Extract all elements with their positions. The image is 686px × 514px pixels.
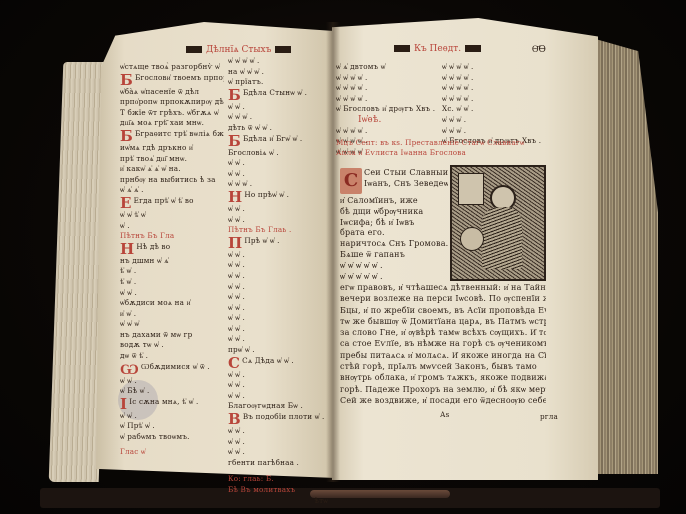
ornament-icon: [275, 46, 291, 53]
catchword: ѣтѡ: [228, 496, 328, 507]
text-line: ѡ҆ ѡ҆ .: [228, 271, 328, 282]
text-line: ѡ҆ ѡ҆ ѡ҆ ѡ҆ .: [442, 62, 546, 73]
text-line: Ѡбѫдимися ѡ҆ ѿ .: [141, 362, 210, 371]
text-line: бѣ дщи ѡ҆брѹчника: [340, 207, 448, 218]
text-line: ѡ҆ ѡ҆ .: [228, 313, 328, 324]
text-line: ѡ҆ ѡ҆ .: [228, 380, 328, 391]
text-line: ѡ҆ ѡ҆ .: [120, 288, 224, 299]
text-line: ѡ҆ ѡ҆ ѡ҆ ѡ҆ .: [442, 83, 546, 94]
decorated-initial: С: [340, 168, 362, 194]
text-line: ѡ҆ ѡ҆ ѡ҆ .: [442, 115, 546, 126]
text-line: ѡ҆ ѡ҆ ѡ҆ .: [228, 112, 328, 123]
text-line: дѣть ѿ ѡ҆ ѡ҆ .: [228, 123, 328, 134]
right-page-column-2: ѡ҆ ѡ҆ ѡ҆ ѡ҆ . ѡ҆ ѡ҆ ѡ҆ ѡ҆ . ѡ҆ ѡ҆ ѡ҆ ѡ҆ …: [442, 62, 546, 147]
text-line: Сей же воздвиже, и҆ посади его ѿдесноѹю …: [340, 395, 546, 406]
rubric-line: Бѣ Въ молитвахъ: [228, 485, 328, 496]
text-line: Бгослови҆ твоемъ прпорѡки: [135, 73, 224, 82]
text-line: ѡ҆ ѡ҆ .: [228, 447, 328, 458]
left-running-head: Дѣлнїѧ Стыхъ: [182, 44, 295, 55]
text-line: Іѡанъ, Снъ Зеведеѡвъ: [364, 179, 448, 190]
text-line: прѡ҆ ѡ҆ .: [228, 345, 328, 356]
signature-mark: Аѕ: [440, 410, 450, 421]
text-line: ѡ҆ ѡ҆ ѡ҆ ѡ҆ .: [336, 83, 438, 94]
text-line: ѡ҆бѫдиси моѧ на и҆: [120, 298, 224, 309]
text-line: ѡ҆ ѡ҆ .: [228, 204, 328, 215]
text-line: иѡ҆мѧ гдѣ дръкно и҆: [120, 143, 224, 154]
text-line: ѡ҆ ѡ҆ ѡ҆ ѡ҆ .: [228, 56, 328, 67]
text-line: Благоѹгѡдная Бѡ .: [228, 401, 328, 412]
text-line: Іѡсифа; бѣ и҆ Іѡвъ: [340, 218, 448, 229]
rubric-line: Глас ѡ҆: [120, 447, 224, 458]
text-line: ѡ҆ ѡ҆ .: [228, 292, 328, 303]
text-line: ѡ҆ ѡ҆ .: [228, 282, 328, 293]
text-line: ѡ҆ ѡ҆ .: [120, 411, 224, 422]
text-line: Но прѣѡ҆ ѡ҆ .: [244, 190, 289, 199]
ornament-icon: [465, 45, 481, 52]
text-line: дѡ ѿ ѣ҆ .: [120, 351, 224, 362]
text-line: ѡ҆ ѡ҆ .: [228, 324, 328, 335]
text-line: ѡ҆ ѡ҆ ѡ҆ ѡ҆ .: [442, 73, 546, 84]
text-line: Хс. ѡ҆ ѡ҆ .: [442, 104, 546, 115]
text-line: ѡ҆ ѡ҆ ѡ҆ ѡ҆ ѡ҆ .: [340, 261, 448, 272]
text-line: нъ дахами ѿ мѡ гр: [120, 330, 224, 341]
text-line: ѡ҆ ѡ҆ .: [120, 376, 224, 387]
text-line: ѡ҆ ѡ҆ .: [228, 426, 328, 437]
text-line: ѡ҆ Бѣ ѡ҆ .: [120, 386, 224, 397]
left-page-column-1: ѡ҆стѧще твоѧ̀ разгорбнѵ̀ ѡ҆ ББгослови҆ т…: [120, 62, 224, 457]
text-line: и҆ Саломїинъ, иже: [340, 196, 448, 207]
eagle-symbol: [460, 227, 484, 251]
book-clasp: [310, 490, 450, 498]
text-line: ѡ҆ ѡ҆ .: [228, 215, 328, 226]
photo-background: Дѣлнїѧ Стыхъ ѡ҆стѧще твоѧ̀ разгорбнѵ̀ ѡ҆…: [0, 0, 686, 514]
text-line: Іс сѫна мнѧ, ѣ҆ ѡ҆ .: [129, 397, 198, 406]
text-line: ѡ҆ ѡ҆ ѡ҆ ѡ҆ .: [336, 73, 438, 84]
text-line: прнбѹ на выбитись ѣ за: [120, 175, 224, 186]
text-line: ѡ҆ Бгословъ и҆ дрѹгъ Хвъ .: [336, 104, 438, 115]
text-line: ѡ҆ ѡ҆ ѡ҆ .: [442, 126, 546, 137]
text-line: тѡ же бывшѹ ѿ Домитїана царѧ, въ Патмъ ѡ…: [340, 316, 546, 327]
right-page-edges: [592, 38, 658, 474]
text-line: гбенти пагѣбнаа .: [228, 458, 328, 469]
text-line: на ѡ҆ ѡ҆ ѡ҆ .: [228, 67, 328, 78]
window-detail: [458, 173, 484, 205]
text-line: ѡ҆ ѡ҆ ѡ҆ ѡ҆ ѡ҆ .: [340, 272, 448, 283]
book-stand: [40, 488, 660, 508]
text-line: наричтосѧ Снъ Громова.: [340, 239, 448, 250]
text-line: вечери возлеже на перси Іѡсовѣ. По ѹспен…: [340, 293, 546, 304]
evangelist-woodcut-illustration: [450, 165, 546, 281]
text-line: стѣй горѣ, прїѧлъ мѡѵсей Законъ, бывъ та…: [340, 361, 546, 372]
text-line: ѡ҆ ѡ҆ .: [228, 102, 328, 113]
text-line: ѡ҆ ѡ҆ .: [228, 303, 328, 314]
text-line: водѫ тѡ ѡ҆ .: [120, 340, 224, 351]
text-line: ѡ҆ ѧ҆ ѧ҆ .: [120, 185, 224, 196]
text-line: ѡ҆ ѡ҆ ѣ҆ ѡ҆: [120, 210, 224, 221]
text-line: Бдѣла Стынѡ ѡ҆ .: [243, 88, 307, 97]
text-line: ѡ҆стѧще твоѧ̀ разгорбнѵ̀ ѡ҆: [120, 62, 224, 73]
main-text-narrow: Сеи Стыи Славныи Апла Хвъ, и҆ Еѵлиста Іѡ…: [364, 168, 448, 189]
left-page-column-2: ѡ҆ ѡ҆ ѡ҆ ѡ҆ . на ѡ҆ ѡ҆ ѡ҆ . ѡ҆ прїатъ. Б…: [228, 56, 328, 506]
text-line: ѡ҆ ѡ҆ ѡ҆ ѡ҆ .: [336, 94, 438, 105]
rubric-line: Пѣтнъ Бъ Глаь .: [228, 225, 328, 236]
text-line: ѣ҆ ѡ҆ .: [120, 277, 224, 288]
text-line: Прѣ ѡ҆ ѡ҆ .: [244, 236, 279, 245]
text-line: ѡ҆ ѡ҆ ѡ҆ ѡ҆ .: [336, 126, 438, 137]
folio-number: Ѳ҃Ѳ: [532, 44, 546, 55]
rubric-line: Ко: глаь: Б.: [228, 474, 328, 485]
text-line: ѡ҆ ѡ҆ ѡ҆ ѡ҆ .: [442, 94, 546, 105]
main-text-full: егѡ правовъ, и҆ чтѣашесѧ дѣтвенный: и҆ н…: [340, 282, 546, 406]
text-line: ѡ҆ ѡ҆ .: [228, 169, 328, 180]
text-line: дш҄ѧ моѧ грѣ҄ хаи мнѡ.: [120, 118, 224, 129]
text-line: за слово Гне, и҆ ѹвѣрѣ тамѡ всѣхъ сѹщихъ…: [340, 327, 546, 338]
text-line: нъ дшмн ѡ҆ ѧ҆: [120, 256, 224, 267]
ornament-icon: [394, 45, 410, 52]
text-line: и҆ какѡ҆ ѧ҆ ѧ҆ ѡ҆ на.: [120, 164, 224, 175]
text-line: Бгословіѧ ѡ҆ .: [228, 148, 328, 159]
text-line: ѣ҆ ѡ҆ .: [120, 266, 224, 277]
text-line: ѡ҆ ѧ҆ двтомъ ѡ҆: [336, 62, 438, 73]
text-line: горѣ. Падеже Прохоръ на землю, и҆ бѣ якѡ…: [340, 384, 546, 395]
text-line: брата его.: [340, 228, 448, 239]
text-line: са стое Еѵлїе, въ нѣмже на горѣ съ ѹчени…: [340, 338, 546, 349]
text-line: ѡ҆ ѡ҆ .: [228, 370, 328, 381]
text-line: Сѧ Дѣда ѡ҆ ѡ҆ .: [242, 356, 294, 365]
text-line: ѡ҆ прїатъ.: [228, 77, 328, 88]
text-line: ѡ҆ба̀ѧ ѡ҆пасенїе ѿ дѣл: [120, 87, 224, 98]
text-line: Бцы, и҆ по жребїи своемъ, въ Асїи пропов…: [340, 305, 546, 316]
text-line: ѡ҆ ѡ҆ .: [228, 158, 328, 169]
text-line: ѡ҆ Прѣ҆ ѡ҆ .: [120, 421, 224, 432]
ornament-icon: [186, 46, 202, 53]
main-text-beside-woodcut: и҆ Саломїинъ, иже бѣ дщи ѡ҆брѹчника Іѡси…: [340, 196, 448, 282]
text-line: внѹтрь облака, и҆ громъ тѧжкъ, якоже под…: [340, 372, 546, 383]
text-line: пребы питаѧсѧ и҆ молѧсѧ. И҆ якоже иногда…: [340, 350, 546, 361]
text-line: ѡ҆ ѡ҆ .: [228, 437, 328, 448]
text-line: и҆ ѡ҆ .: [120, 309, 224, 320]
text-line: Въ подобїи плоти ѡ҆ .: [243, 412, 325, 421]
text-line: Сеи Стыи Славныи Апла Хвъ, и҆ Еѵлиста: [364, 168, 448, 179]
text-line: Бѧше ѿ гапанъ: [340, 250, 448, 261]
text-line: Нѣ дѣ во: [136, 242, 170, 251]
catchword: ргла: [540, 412, 558, 423]
text-line: прпо҆ропѡ прпокѫпирѹ дѣѧ.: [120, 97, 224, 108]
text-line: ѡ҆ ѡ҆ ѡ҆: [120, 319, 224, 330]
text-line: Т бжїе ѿт грѣхъ. ѡ҆бгѫѧ ѡ҆: [120, 108, 224, 119]
text-line: прѣ҆ твоѧ҆ дш҄ мнѡ.: [120, 154, 224, 165]
text-line: егѡ правовъ, и҆ чтѣашесѧ дѣтвенный: и҆ н…: [340, 282, 546, 293]
rubric-line: Пѣтнъ Бъ Гла: [120, 231, 224, 242]
text-line: ѡ҆ .: [120, 221, 224, 232]
text-line: ѡ҆ ѡ҆ .: [228, 334, 328, 345]
text-line: ѡ҆ ѡ҆ .: [228, 260, 328, 271]
text-line: Бграѳитс трѣ҆ вѡліѧ бжіѧ: [135, 129, 224, 138]
evangelist-figure: [482, 207, 522, 269]
text-line: ѡ҆ ѡ҆ .: [228, 250, 328, 261]
text-line: ѡ҆ ѡ҆ .: [228, 391, 328, 402]
rubric-line: Іѡ҆ѳѣ.: [336, 115, 438, 126]
text-line: Бдѣла и҆ Бгѡ҆ ѡ҆ .: [243, 134, 302, 143]
text-line: ѡ҆ рабѡмъ твоѡмъ.: [120, 432, 224, 443]
text-line: ѡ҆ ѡ҆ ѡ҆ .: [228, 179, 328, 190]
right-running-head: Къ Пеѳдт.: [390, 44, 485, 54]
text-line: Егда прѣ҆ ѡ҆ ѣ҆ во: [134, 196, 194, 205]
section-heading: Мцъ Септ: въ кѕ. Преставленїе Стагѡ Слав…: [336, 138, 546, 157]
